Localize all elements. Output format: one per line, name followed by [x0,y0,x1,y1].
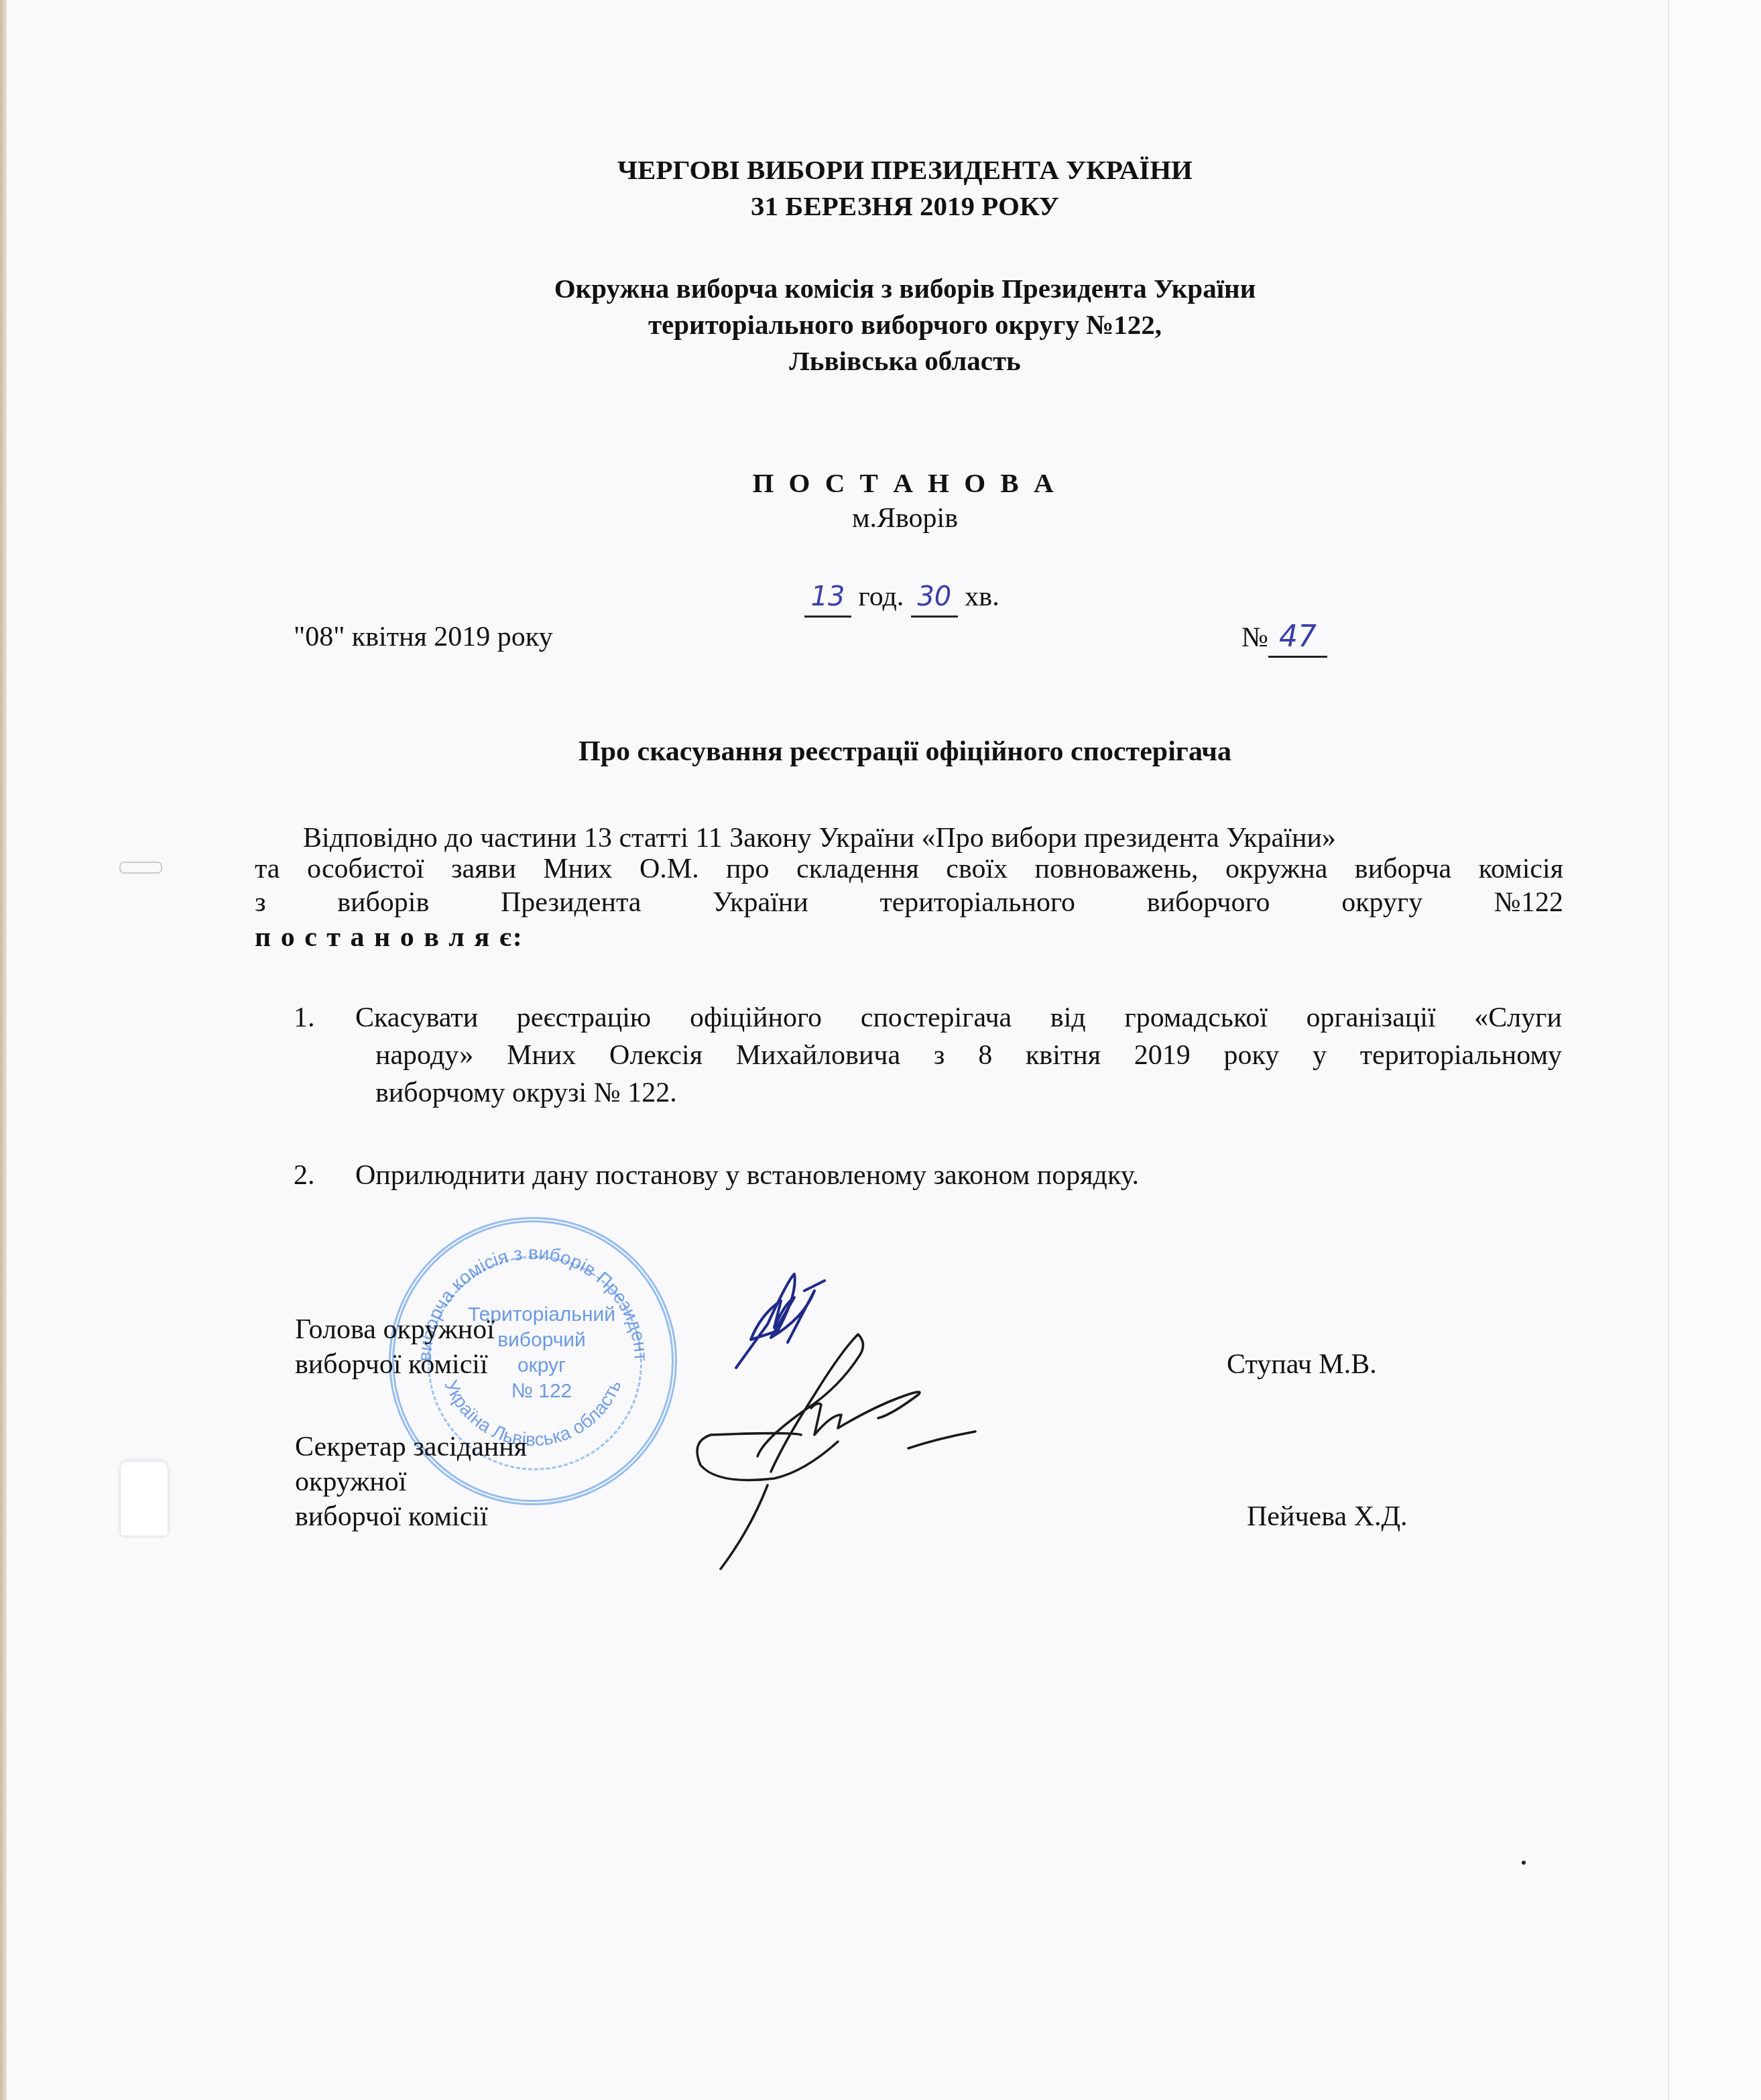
decree-subject: Про скасування реєстрації офіційного спо… [335,733,1475,770]
number-handwritten: 47 [1268,618,1327,658]
election-date: 31 БЕРЕЗНЯ 2019 РОКУ [402,189,1408,223]
word: виборчого [1147,884,1270,921]
punch-hole-defect [121,1462,168,1535]
decree-time: 13 год. 30 хв. [804,578,999,618]
chair-role-line-2: виборчої комісії [295,1346,488,1383]
resolves-label: п о с т а н о в л я є: [255,919,524,956]
decree-number: №47 [1241,618,1327,658]
number-label: № [1241,622,1268,653]
word: №122 [1494,884,1563,921]
time-minutes-label: хв. [965,581,999,612]
secretary-name: Пейчева Х.Д. [1247,1498,1408,1535]
item-1-line-2: народу» Мних Олексія Михайловича з 8 кві… [375,1037,1562,1074]
item-1-line-3: виборчому окрузі № 122. [375,1074,677,1112]
word: України [713,884,808,921]
scan-right-margin [1668,0,1761,2100]
staple-mark [119,862,162,874]
scan-left-edge [0,0,7,2100]
word: округу [1341,884,1422,921]
preamble-text-1: Відповідно до частини 13 статті 11 Закон… [303,823,1336,854]
item-1-line-1: Скасувати реєстрацію офіційного спостері… [355,999,1562,1037]
word: Президента [501,884,642,921]
decree-title: П О С Т А Н О В А [469,466,1341,500]
chair-name: Ступач М.В. [1227,1346,1377,1383]
decree-city: м.Яворів [469,500,1341,537]
secretary-role-line-3: виборчої комісії [295,1498,488,1535]
item-2-line-1: Оприлюднити дану постанову у встановлено… [355,1157,1139,1194]
word: виборів [337,884,429,921]
word: територіального [879,884,1075,921]
time-hours-label: год. [859,581,904,612]
item-1-number: 1. [294,999,315,1037]
commission-name: Окружна виборча комісія з виборів Презид… [335,272,1475,305]
item-2-number: 2. [294,1157,315,1194]
secretary-role-line-1: Секретар засідання [295,1428,527,1466]
commission-region: Львівська область [335,344,1475,377]
preamble-line-3: з виборів Президента України територіаль… [255,884,1563,921]
decree-date: "08" квітня 2019 року [294,618,553,656]
secretary-signature [670,1240,1140,1710]
election-title: ЧЕРГОВІ ВИБОРИ ПРЕЗИДЕНТА УКРАЇНИ [402,153,1408,186]
commission-district: територіального виборчого округу №122, [335,308,1475,341]
time-hours-handwritten: 13 [804,578,851,618]
time-minutes-handwritten: 30 [911,578,958,618]
ink-speck [1522,1861,1526,1865]
preamble-line-2: та особистої заяви Мних О.М. про складен… [255,850,1563,888]
chair-role-line-1: Голова окружної [295,1311,495,1348]
word: з [255,884,266,921]
secretary-role-line-2: окружної [295,1463,406,1501]
